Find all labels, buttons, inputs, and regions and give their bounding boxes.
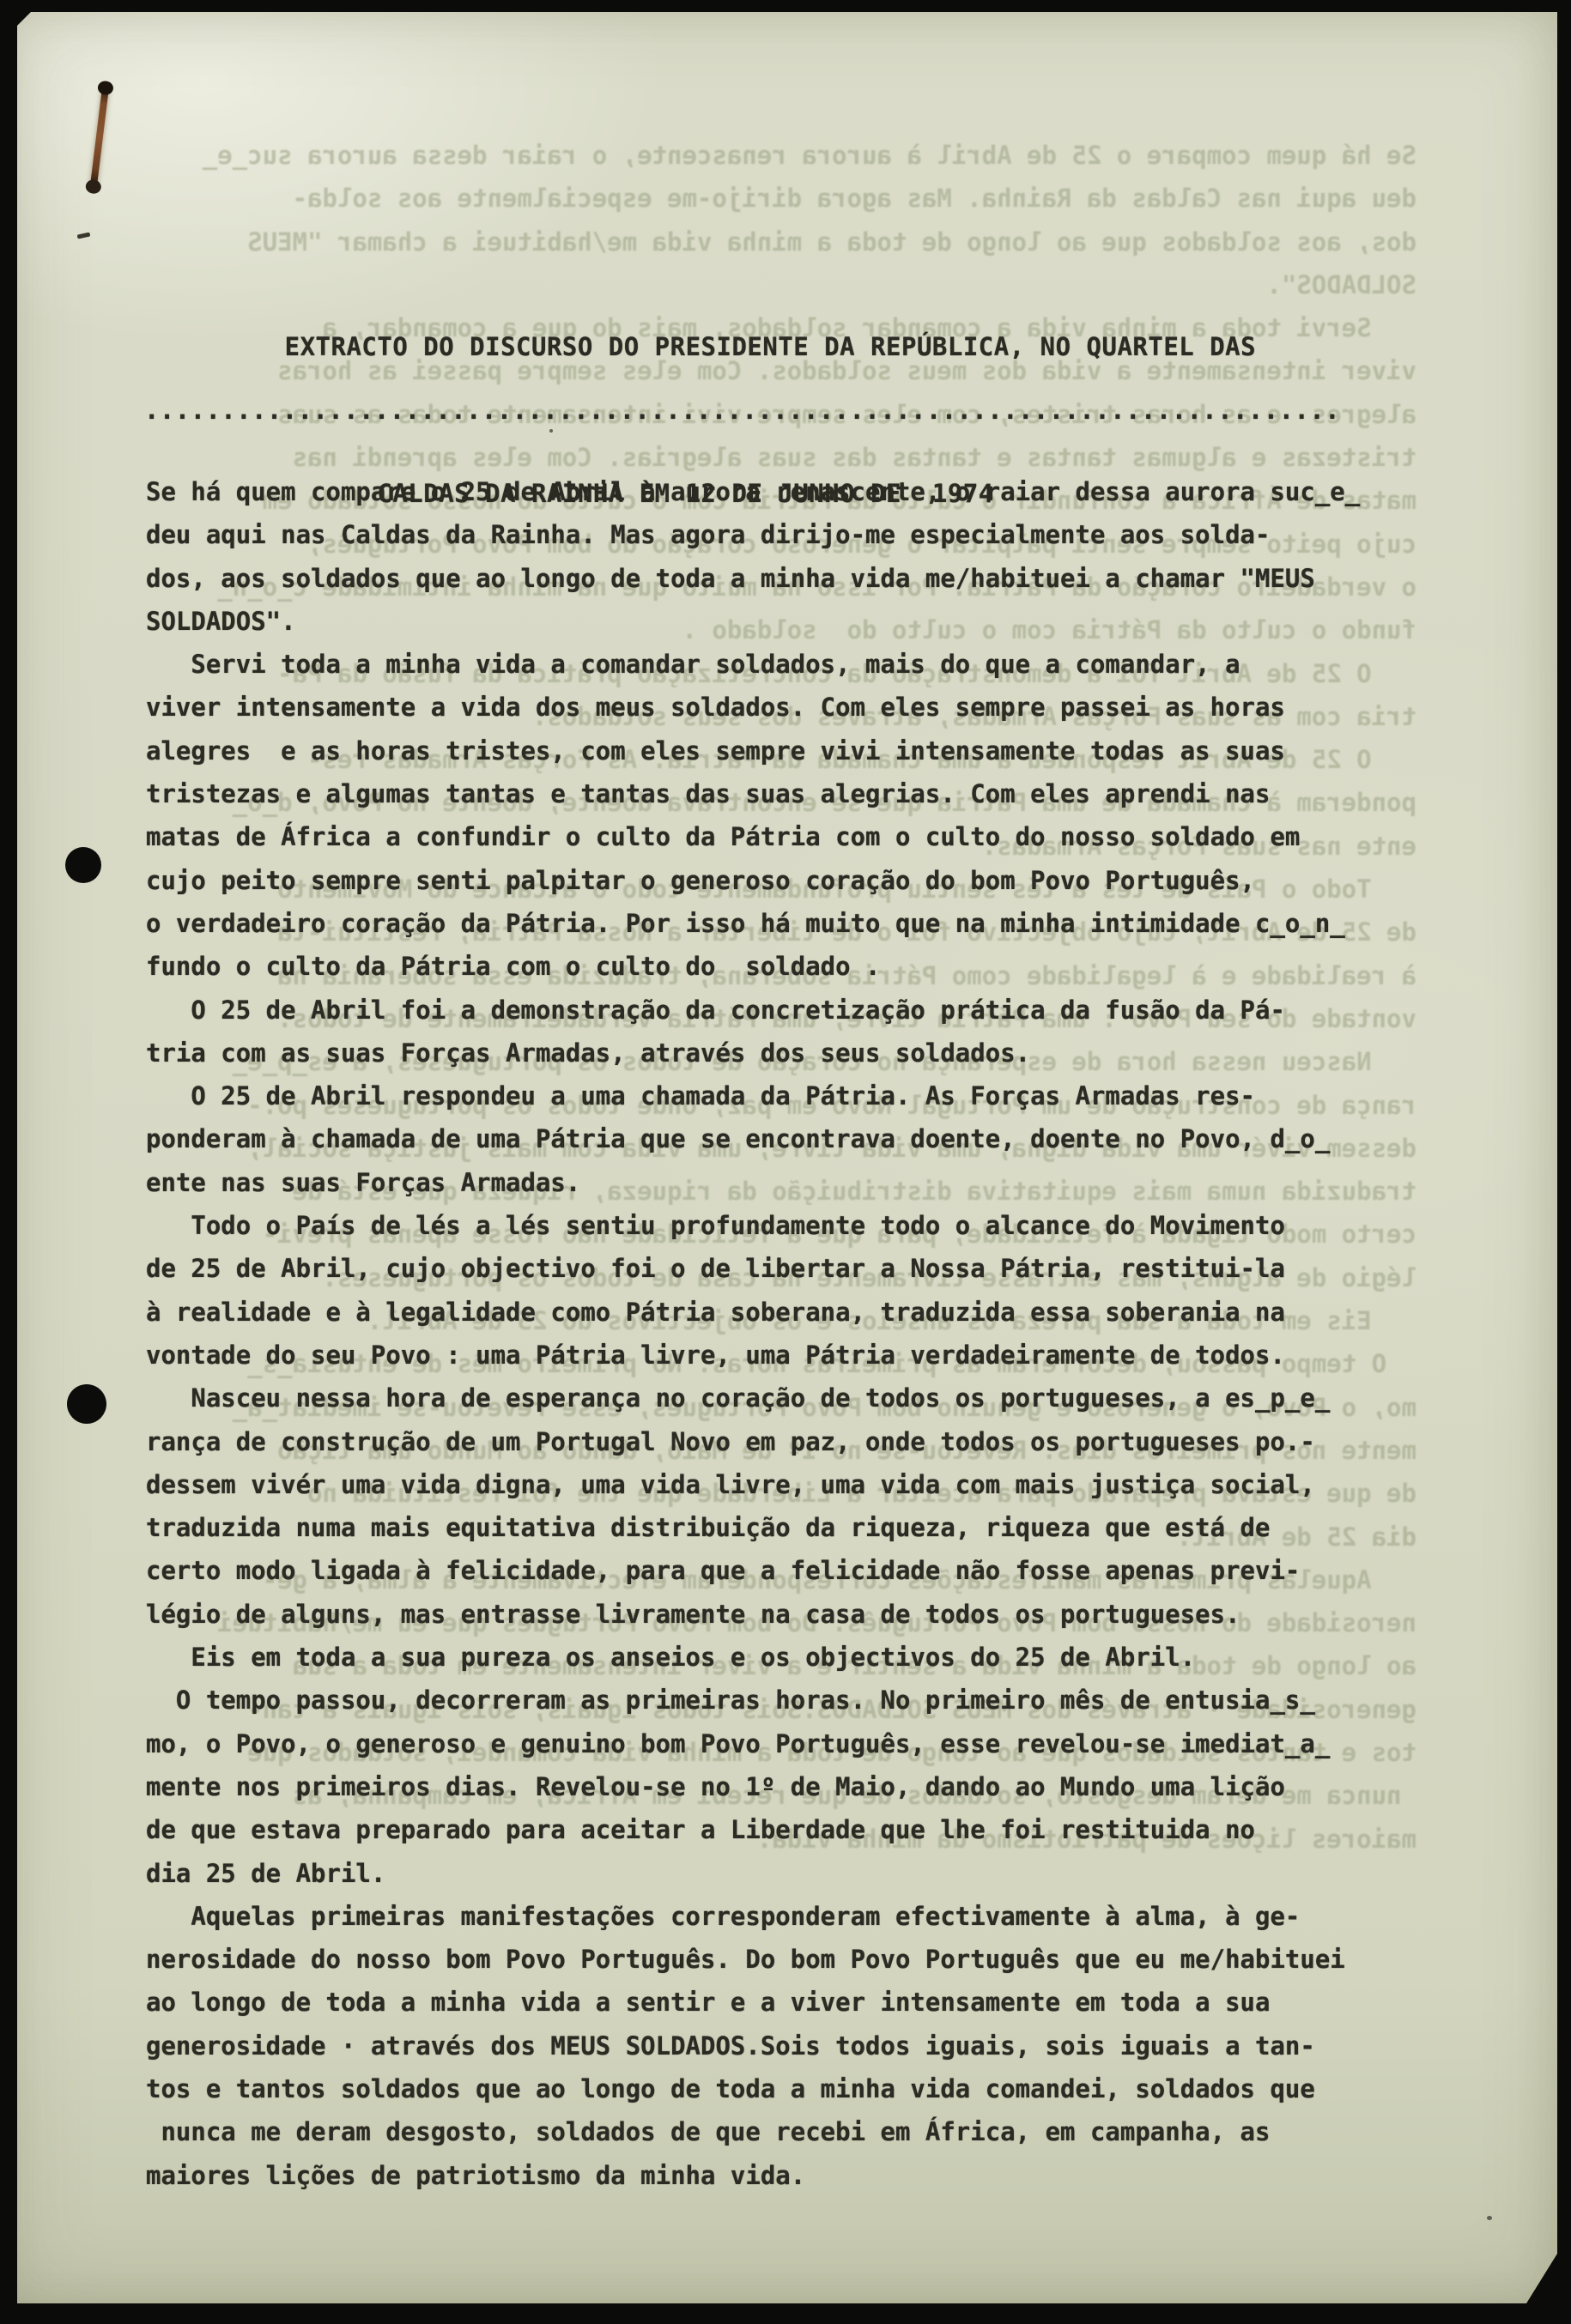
- text-line: ponderam à chamada de uma Pátria que se …: [146, 1117, 1360, 1160]
- text-line: rança de construção de um Portugal Novo …: [146, 1420, 1360, 1463]
- text-line: o verdadeiro coração da Pátria. Por isso…: [146, 902, 1360, 945]
- text-line: dessem vivér uma vida digna, uma vida li…: [146, 1463, 1360, 1506]
- text-line: nunca me deram desgosto, soldados de que…: [146, 2110, 1360, 2153]
- text-line: deu aqui nas Caldas da Rainha. Mas agora…: [146, 513, 1360, 556]
- scanned-document: { "palette": { "paper": "#d7d9c5", "ink"…: [0, 0, 1571, 2324]
- text-line: tria com as suas Forças Armadas, através…: [146, 1032, 1360, 1074]
- text-line: Servi toda a minha vida a comandar solda…: [146, 643, 1360, 686]
- text-line: dos, aos soldados que ao longo de toda a…: [146, 557, 1360, 600]
- text-line: O 25 de Abril foi a demonstração da conc…: [146, 989, 1360, 1032]
- text-line: tos e tantos soldados que ao longo de to…: [146, 2067, 1360, 2110]
- title-line: EXTRACTO DO DISCURSO DO PRESIDENTE DA RE…: [146, 323, 1256, 372]
- text-line: maiores lições de patriotismo da minha v…: [146, 2154, 1360, 2197]
- text-line: ente nas suas Forças Armadas.: [146, 1161, 1360, 1204]
- text-line: mo, o Povo, o generoso e genuino bom Pov…: [146, 1722, 1360, 1765]
- text-line: dia 25 de Abril.: [146, 1852, 1360, 1895]
- text-line: O 25 de Abril respondeu a uma chamada da…: [146, 1074, 1360, 1117]
- text-line: traduzida numa mais equitativa distribui…: [146, 1506, 1360, 1549]
- text-line: cujo peito sempre senti palpitar o gener…: [146, 859, 1360, 902]
- text-line: de que estava preparado para aceitar a L…: [146, 1808, 1360, 1851]
- text-line: Se há quem compare o 25 de Abril à auror…: [146, 470, 1360, 513]
- text-line: mente nos primeiros dias. Revelou-se no …: [146, 1765, 1360, 1808]
- separator-dots: ........................................…: [144, 388, 1340, 433]
- text-line: alegres e as horas tristes, com eles sem…: [146, 729, 1360, 772]
- document-body: Se há quem compare o 25 de Abril à auror…: [146, 470, 1360, 2197]
- text-line: Nasceu nessa hora de esperança no coraçã…: [146, 1377, 1360, 1419]
- text-line: de 25 de Abril, cujo objectivo foi o de …: [146, 1247, 1360, 1290]
- text-line: fundo o culto da Pátria com o culto do s…: [146, 945, 1360, 988]
- text-line: vontade do seu Povo : uma Pátria livre, …: [146, 1334, 1360, 1377]
- text-line: tristezas e algumas tantas e tantas das …: [146, 772, 1360, 815]
- text-line: à realidade e à legalidade como Pátria s…: [146, 1291, 1360, 1334]
- text-line: SOLDADOS".: [146, 600, 1360, 643]
- text-line: Aquelas primeiras manifestações correspo…: [146, 1895, 1360, 1938]
- text-line: O tempo passou, decorreram as primeiras …: [146, 1679, 1360, 1722]
- text-line: Eis em toda a sua pureza os anseios e os…: [146, 1636, 1360, 1679]
- text-line: Todo o País de lés a lés sentiu profunda…: [146, 1204, 1360, 1247]
- document-page: Se há quem compare o 25 de Abril à auror…: [17, 12, 1557, 2303]
- text-line: ao longo de toda a minha vida a sentir e…: [146, 1981, 1360, 2024]
- text-line: nerosidade do nosso bom Povo Português. …: [146, 1938, 1360, 1981]
- text-line: légio de alguns, mas entrasse livramente…: [146, 1593, 1360, 1636]
- text-line: matas de África a confundir o culto da P…: [146, 815, 1360, 858]
- text-line: generosidade · através dos MEUS SOLDADOS…: [146, 2024, 1360, 2067]
- text-line: viver intensamente a vida dos meus solda…: [146, 686, 1360, 729]
- typewritten-text: EXTRACTO DO DISCURSO DO PRESIDENTE DA RE…: [17, 12, 1557, 2303]
- text-line: certo modo ligada à felicidade, para que…: [146, 1549, 1360, 1592]
